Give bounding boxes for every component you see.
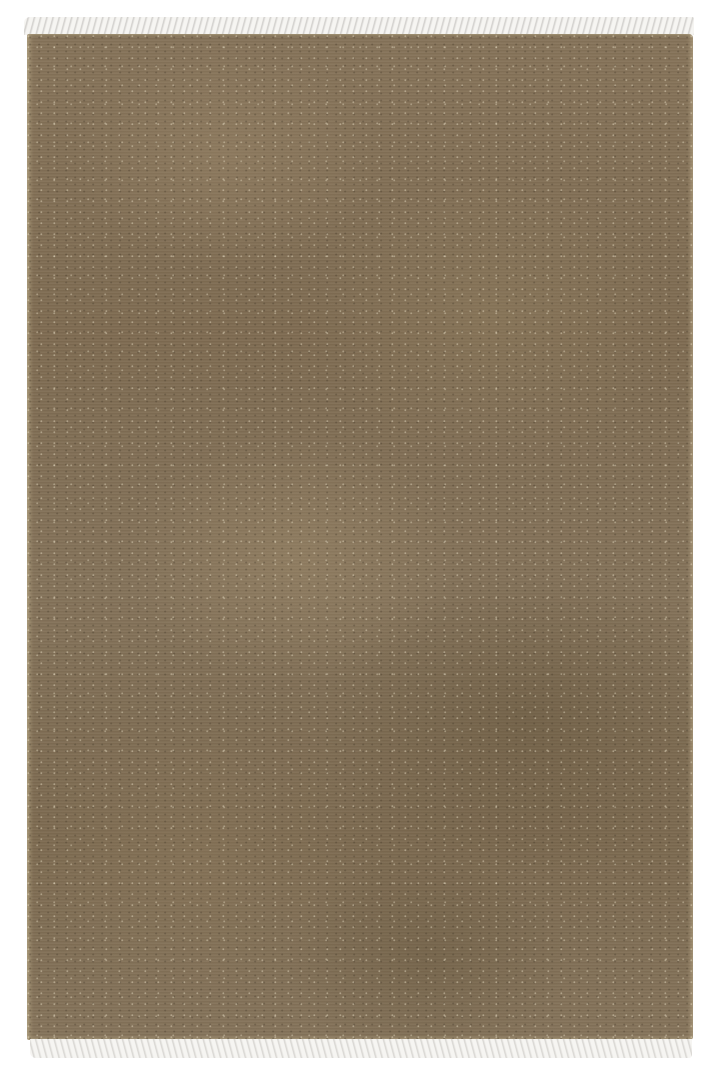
rug-top-fringe [24,17,694,35]
rug-bottom-fringe [30,1039,692,1058]
rug [27,34,693,1040]
rug-pile-texture [27,34,693,1040]
product-photo [0,0,720,1080]
